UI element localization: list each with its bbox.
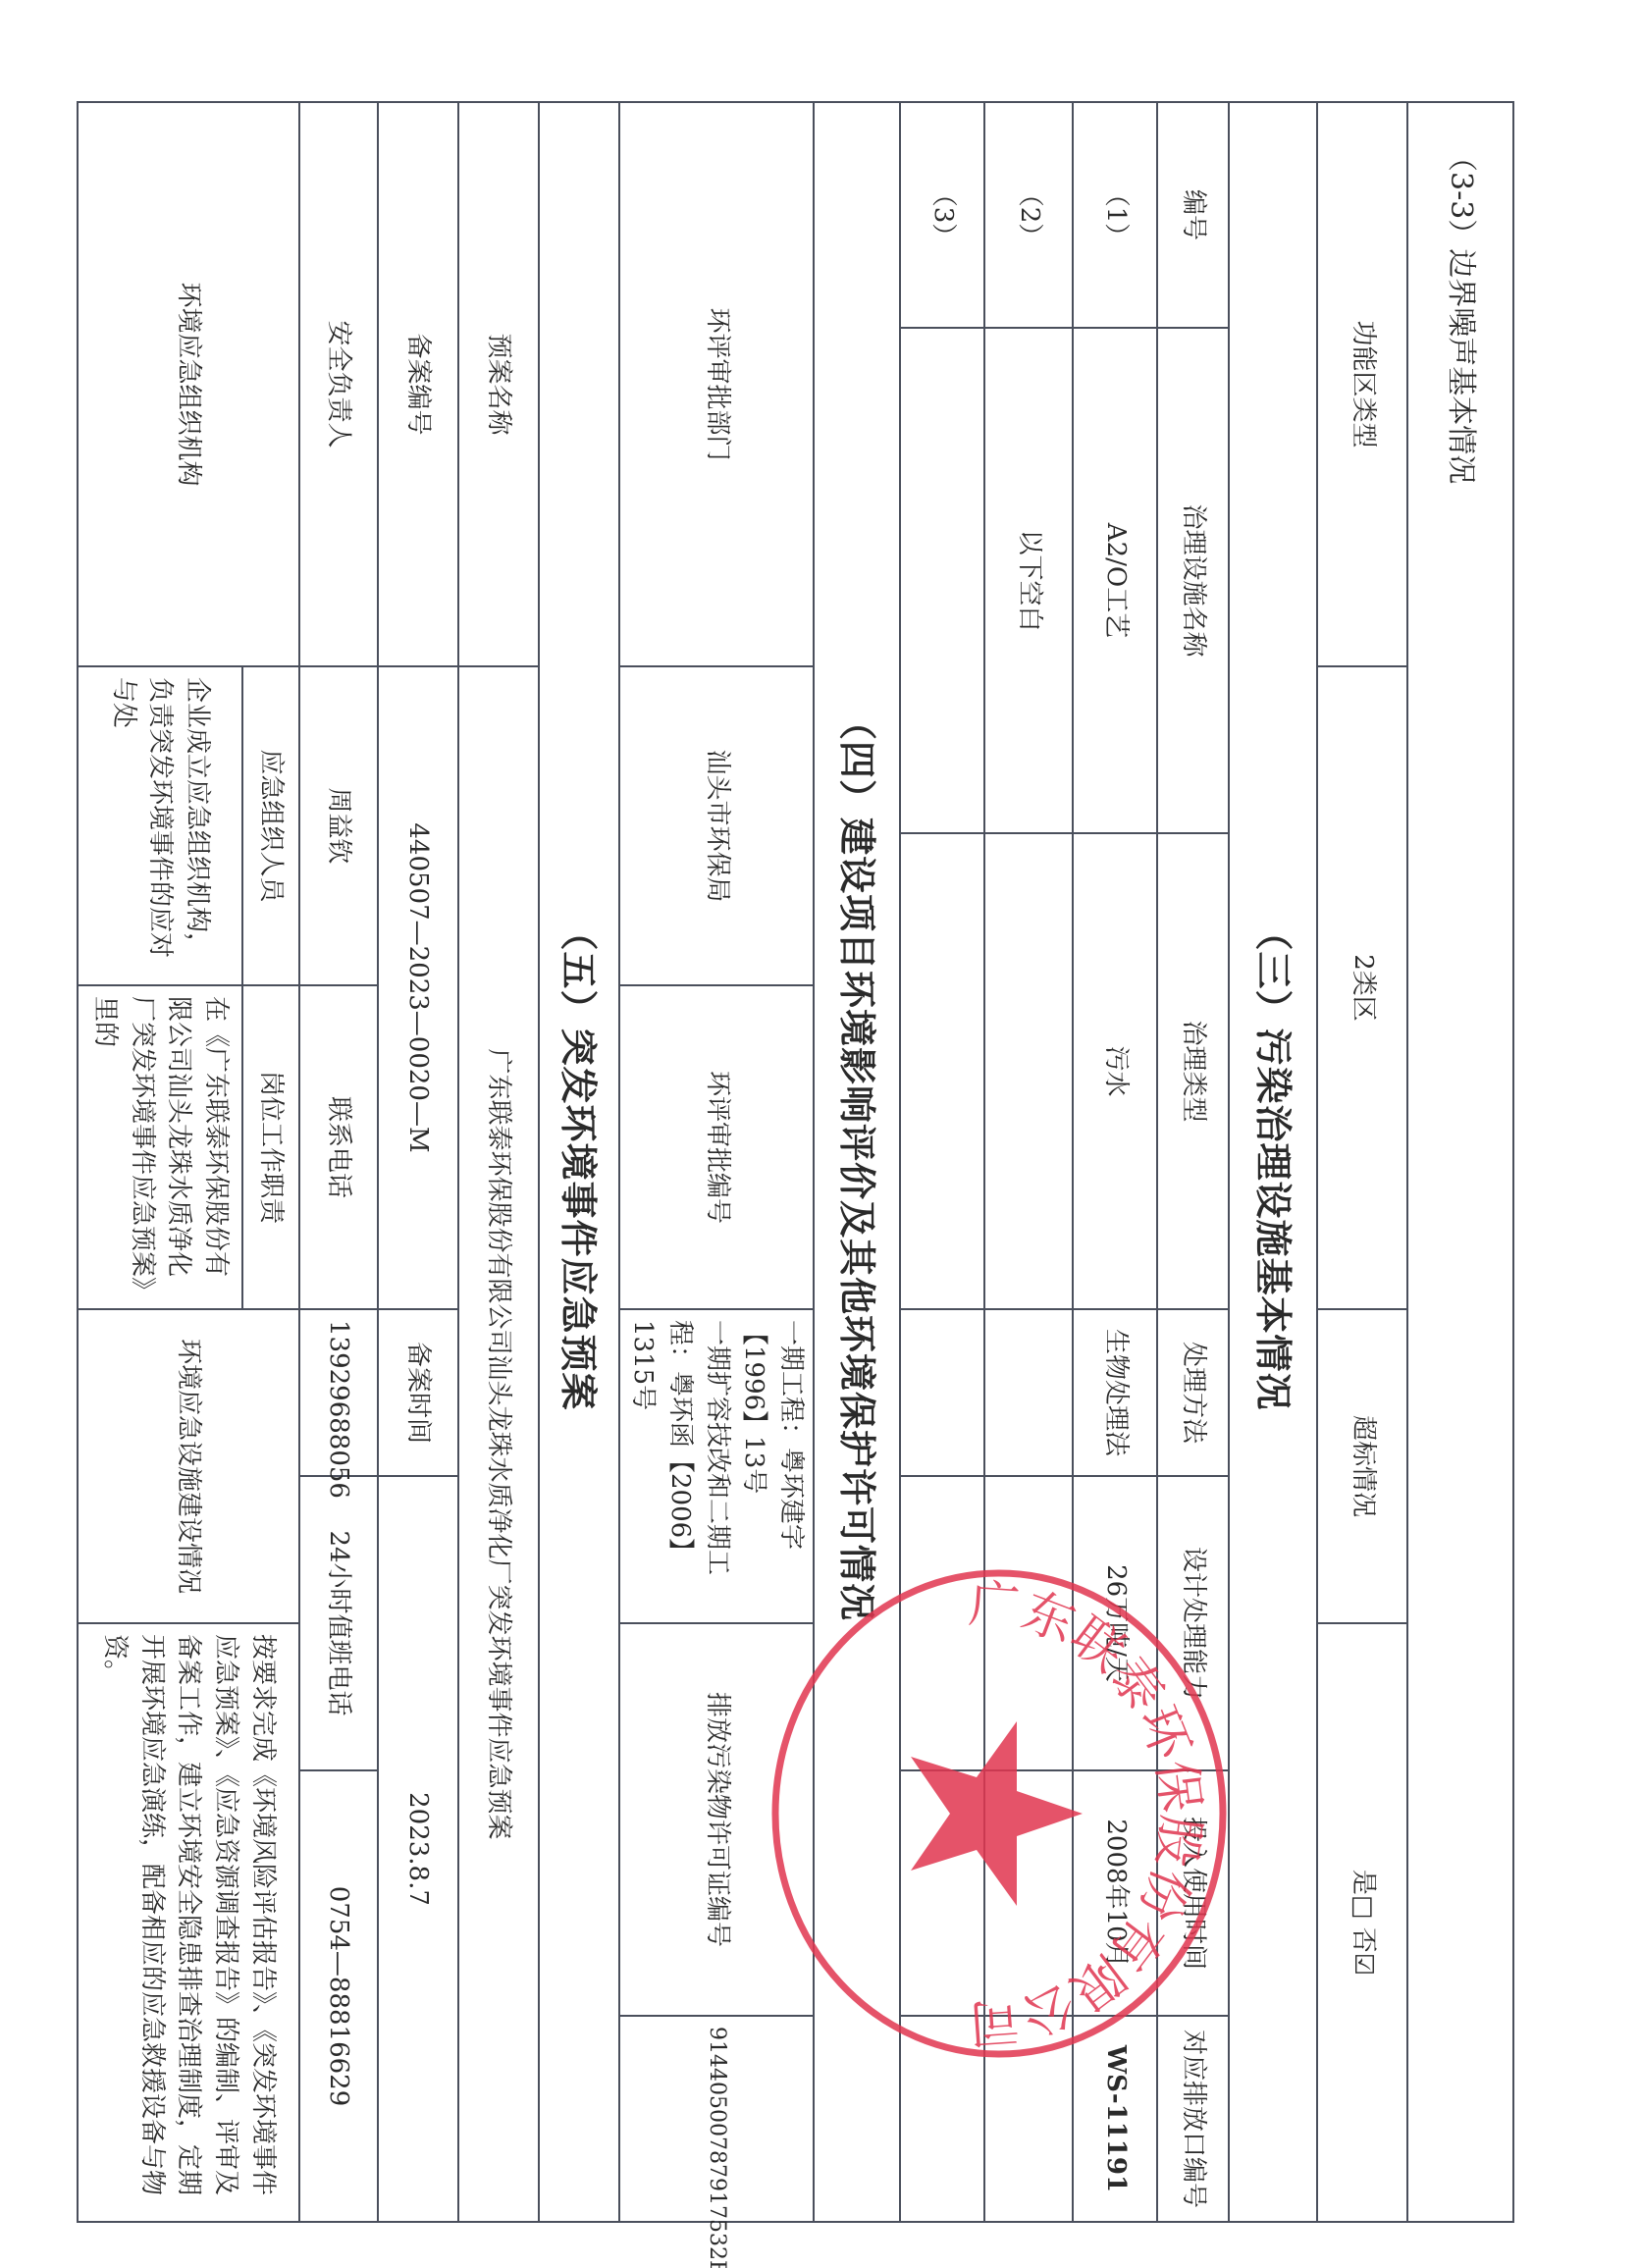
safety-officer-label: 安全负责人 (299, 102, 378, 666)
row-method (900, 1309, 984, 1476)
emergency-section-row: （五）突发环境事件应急预案 (539, 102, 619, 2222)
col-header-method: 处理方法 (1157, 1309, 1229, 1476)
phone-label: 联系电话 (299, 985, 378, 1309)
approval-no-label: 环评审批编号 (619, 985, 814, 1309)
noise-title-row: （3-3）边界噪声基本情况 (1407, 102, 1513, 2222)
environment-info-table: （3-3）边界噪声基本情况 功能区类型 2类区 超标情况 是□ 否☑ （三）污染… (77, 101, 1514, 2223)
approval-no-phase1: 一期工程：粤环建字【1996】13号 (735, 1320, 809, 1612)
zone-type-value: 2类区 (1317, 666, 1407, 1309)
facility-label: 环境应急设施建设情况 (78, 1309, 299, 1623)
row-capacity (984, 1476, 1073, 1770)
table-row: （2） 以下空白 (984, 102, 1073, 2222)
org-header-row: 环境应急组织机构 应急组织人员 岗位工作职责 环境应急设施建设情况 按要求完成《… (242, 102, 299, 2222)
plan-name-row: 预案名称 广东联泰环保股份有限公司汕头龙珠水质净化厂突发环境事件应急预案 (458, 102, 539, 2222)
treatment-section-row: （三）污染治理设施基本情况 (1229, 102, 1317, 2222)
record-no-value: 440507—2023—0020—M (378, 666, 458, 1309)
row-name (900, 328, 984, 833)
table-row: （3） (900, 102, 984, 2222)
row-type (900, 833, 984, 1309)
col-header-start: 投入使用时间 (1157, 1770, 1229, 2016)
record-time-value: 2023.8.7 (378, 1476, 458, 2222)
row-outlet: WS-11191 (1073, 2016, 1157, 2222)
emergency-section-title: （五）突发环境事件应急预案 (539, 102, 619, 2222)
approval-no-phase2: 一期扩容技改和二期工程：粤环函【2006】1315号 (624, 1320, 735, 1612)
row-outlet (900, 2016, 984, 2222)
table-row: （1） A2/O工艺 污水 生物处理法 26万吨/天 2008年10月 WS-1… (1073, 102, 1157, 2222)
row-type (984, 833, 1073, 1309)
row-method (984, 1309, 1073, 1476)
row-capacity (900, 1476, 984, 1770)
row-start (900, 1770, 984, 2016)
row-id: （3） (900, 102, 984, 328)
exceed-value: 是□ 否☑ (1317, 1623, 1407, 2222)
license-no-value: 91440500787917532B002R (619, 2016, 814, 2222)
permit-row: 环评审批部门 汕头市环保局 环评审批编号 一期工程：粤环建字【1996】13号 … (619, 102, 814, 2222)
row-type: 污水 (1073, 833, 1157, 1309)
record-row: 备案编号 440507—2023—0020—M 备案时间 2023.8.7 (378, 102, 458, 2222)
phone-value: 13929688056 (299, 1309, 378, 1476)
permit-section-row: （四）建设项目环境影响评价及其他环境保护许可情况 (814, 102, 900, 2222)
row-start (984, 1770, 1073, 2016)
col-header-outlet: 对应排放口编号 (1157, 2016, 1229, 2222)
treatment-section-title: （三）污染治理设施基本情况 (1229, 102, 1317, 2222)
treatment-header-row: 编号 治理设施名称 治理类型 处理方法 设计处理能力 投入使用时间 对应排放口编… (1157, 102, 1229, 2222)
exceed-label: 超标情况 (1317, 1309, 1407, 1623)
col-header-id: 编号 (1157, 102, 1229, 328)
duty-desc-value: 在《广东联泰环保股份有限公司汕头龙珠水质净化厂突发环境事件应急预案》里的 (78, 985, 242, 1309)
approval-dept-label: 环评审批部门 (619, 102, 814, 666)
row-id: （2） (984, 102, 1073, 328)
duty-phone-value: 0754—88816629 (299, 1770, 378, 2222)
row-name: A2/O工艺 (1073, 328, 1157, 833)
approval-dept-value: 汕头市环保局 (619, 666, 814, 985)
col-header-type: 治理类型 (1157, 833, 1229, 1309)
zone-type-label: 功能区类型 (1317, 102, 1407, 666)
row-method: 生物处理法 (1073, 1309, 1157, 1476)
approval-no-value: 一期工程：粤环建字【1996】13号 一期扩容技改和二期工程：粤环函【2006】… (619, 1309, 814, 1623)
facility-value: 按要求完成《环境风险评估报告》、《突发环境事件应急预案》、《应急资源调查报告》的… (78, 1623, 299, 2222)
noise-title: （3-3）边界噪声基本情况 (1407, 102, 1513, 2222)
safety-officer-value: 周益钦 (299, 666, 378, 985)
staff-value: 企业成立应急组织机构，负责突发环境事件的应对与处 (78, 666, 242, 985)
permit-section-title: （四）建设项目环境影响评价及其他环境保护许可情况 (814, 102, 900, 2222)
duty-phone-label: 24小时值班电话 (299, 1476, 378, 1770)
col-header-name: 治理设施名称 (1157, 328, 1229, 833)
license-no-label: 排放污染物许可证编号 (619, 1623, 814, 2016)
staff-label: 应急组织人员 (242, 666, 299, 985)
document-sheet: （3-3）边界噪声基本情况 功能区类型 2类区 超标情况 是□ 否☑ （三）污染… (144, 101, 1514, 2221)
record-time-label: 备案时间 (378, 1309, 458, 1476)
noise-row: 功能区类型 2类区 超标情况 是□ 否☑ (1317, 102, 1407, 2222)
plan-name-label: 预案名称 (458, 102, 539, 666)
col-header-capacity: 设计处理能力 (1157, 1476, 1229, 1770)
row-capacity: 26万吨/天 (1073, 1476, 1157, 1770)
safety-row: 安全负责人 周益钦 联系电话 13929688056 24小时值班电话 0754… (299, 102, 378, 2222)
row-name: 以下空白 (984, 328, 1073, 833)
row-outlet (984, 2016, 1073, 2222)
org-label: 环境应急组织机构 (78, 102, 299, 666)
duty-desc-label: 岗位工作职责 (242, 985, 299, 1309)
row-id: （1） (1073, 102, 1157, 328)
plan-name-value: 广东联泰环保股份有限公司汕头龙珠水质净化厂突发环境事件应急预案 (458, 666, 539, 2222)
row-start: 2008年10月 (1073, 1770, 1157, 2016)
record-no-label: 备案编号 (378, 102, 458, 666)
